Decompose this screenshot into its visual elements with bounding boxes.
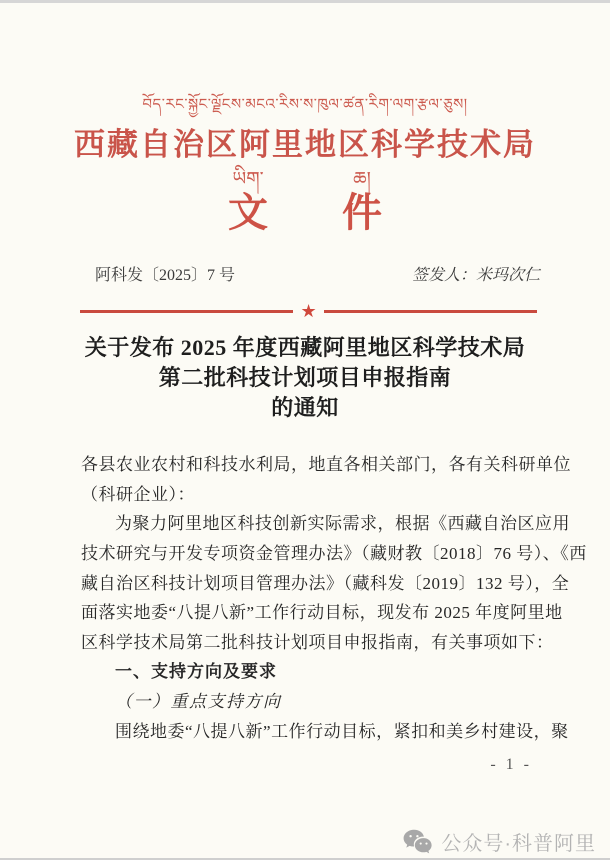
body-line: （科研企业）： xyxy=(81,480,538,510)
body-line: 藏自治区科技计划项目管理办法》（藏科发〔2019〕132 号），全 xyxy=(81,569,538,599)
title-line-1: 关于发布 2025 年度西藏阿里地区科学技术局 xyxy=(0,333,610,363)
doc-word-left: ཡིག་ 文 xyxy=(228,169,268,236)
wechat-icon xyxy=(403,829,433,855)
scan-top-edge xyxy=(0,0,610,3)
page-number: - 1 - xyxy=(490,756,532,774)
signer: 签发人：米玛次仁 xyxy=(412,262,540,285)
doc-info-row: 阿科发〔2025〕7 号 签发人：米玛次仁 xyxy=(95,262,540,285)
tibetan-org-name: བོད་རང་སྐྱོང་ལྗོངས་མངའ་རིས་ས་ཁུལ་ཚན་རིག་… xyxy=(0,94,610,117)
red-divider: ★ xyxy=(80,302,537,320)
document-word: ཡིག་ 文 ཆ། 件 xyxy=(0,169,610,236)
body-line: 各县农业农村和科技水利局，地直各相关部门，各有关科研单位 xyxy=(81,450,538,480)
wechat-watermark: 公众号·科普阿里 xyxy=(403,827,596,856)
body-section-heading: 一、支持方向及要求 xyxy=(81,657,538,687)
doc-char-jian: 件 xyxy=(342,191,382,235)
body-line: 区科学技术局第二批科技计划项目申报指南，有关事项如下： xyxy=(81,628,538,658)
divider-line-right xyxy=(324,310,537,313)
body-line: 面落实地委“八提八新”工作行动目标，现发布 2025 年度阿里地 xyxy=(81,598,538,628)
body-line: 围绕地委“八提八新”工作行动目标，紧扣和美乡村建设，聚 xyxy=(81,717,538,747)
body-line: 为聚力阿里地区科技创新实际需求，根据《西藏自治区应用 xyxy=(81,509,538,539)
title-line-3: 的通知 xyxy=(0,393,610,423)
document-page: བོད་རང་སྐྱོང་ལྗོངས་མངའ་རིས་ས་ཁུལ་ཚན་རིག་… xyxy=(0,0,610,865)
divider-line-left xyxy=(80,310,293,313)
scan-bottom-margin xyxy=(0,860,610,865)
letterhead: བོད་རང་སྐྱོང་ལྗོངས་མངའ་རིས་ས་ཁུལ་ཚན་རིག་… xyxy=(0,94,610,235)
org-name: 西藏自治区阿里地区科学技术局 xyxy=(0,119,610,164)
document-body: 各县农业农村和科技水利局，地直各相关部门，各有关科研单位 （科研企业）： 为聚力… xyxy=(81,450,538,746)
tibetan-doc-right: ཆ། xyxy=(342,169,382,192)
watermark-text: 公众号·科普阿里 xyxy=(441,827,596,856)
body-subsection-heading: （一）重点支持方向 xyxy=(81,687,538,717)
tibetan-doc-left: ཡིག་ xyxy=(228,169,268,192)
star-icon: ★ xyxy=(300,302,316,320)
body-line: 技术研究与开发专项资金管理办法》（藏财教〔2018〕76 号）、《西 xyxy=(81,539,538,569)
doc-word-right: ཆ། 件 xyxy=(342,169,382,236)
doc-number: 阿科发〔2025〕7 号 xyxy=(95,262,235,285)
doc-char-wen: 文 xyxy=(228,191,268,235)
title-line-2: 第二批科技计划项目申报指南 xyxy=(0,363,610,393)
document-title: 关于发布 2025 年度西藏阿里地区科学技术局 第二批科技计划项目申报指南 的通… xyxy=(0,333,610,423)
